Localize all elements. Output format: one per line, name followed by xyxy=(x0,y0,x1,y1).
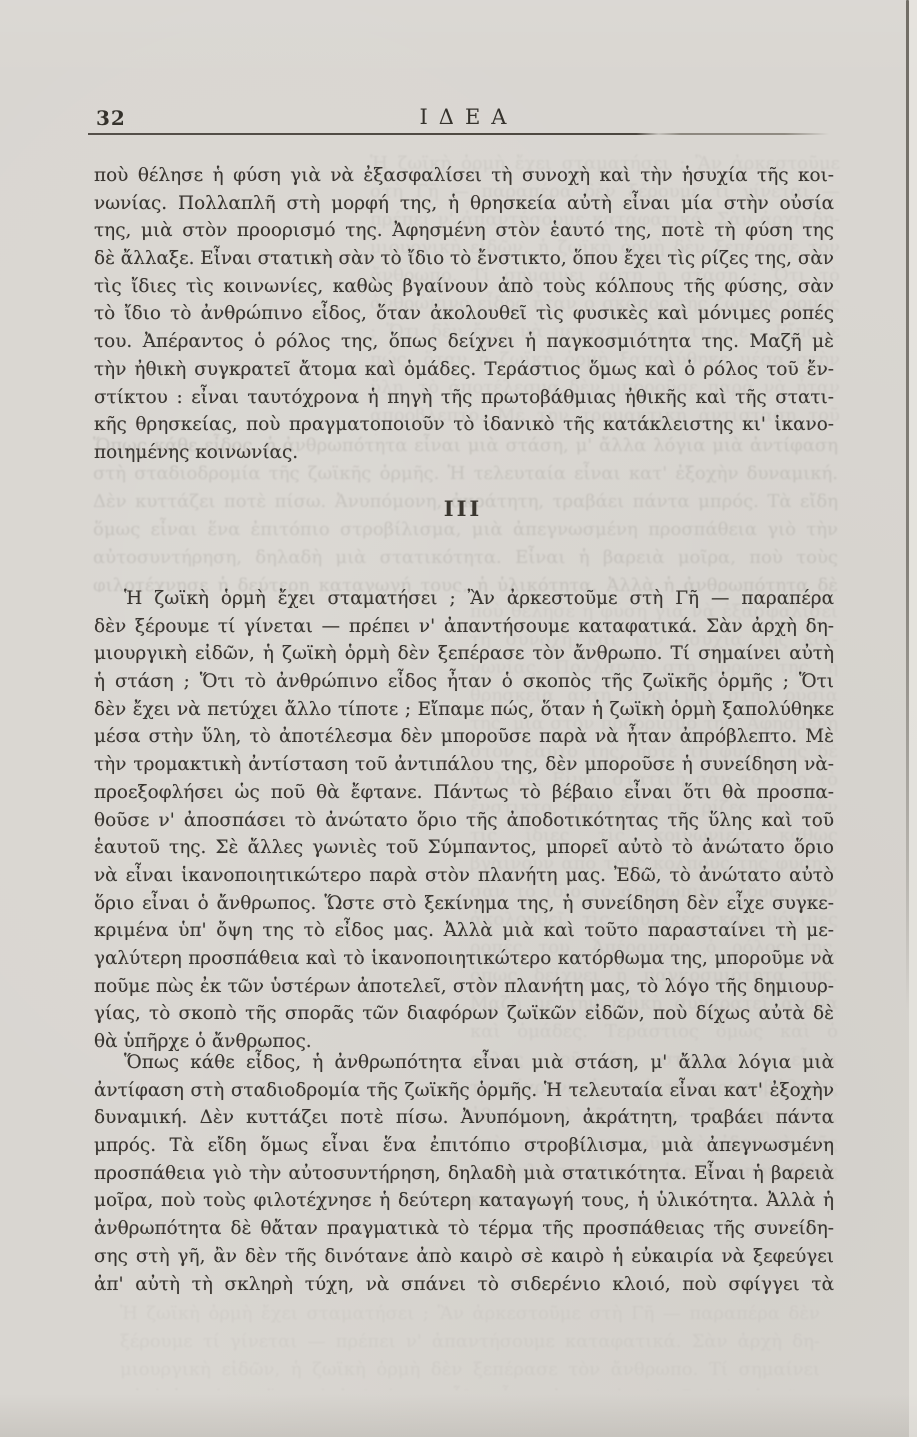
paragraph: Ἡ ζωϊκὴ ὁρμὴ ἔχει σταματήσει ; Ἂν ἀρκεστ… xyxy=(94,585,834,1056)
text-line: μέσα στὴν ὕλη, τὸ ἀποτέλεσμα δὲν μποροῦσ… xyxy=(94,723,834,751)
text-line: ἀνθρωπότητα δὲ θἄταν πραγματικὰ τὸ τέρμα… xyxy=(94,1215,834,1243)
text-line: ποιημένης κοινωνίας. xyxy=(94,439,834,467)
text-line: μιουργικὴ εἰδῶν, ἡ ζωϊκὴ ὁρμὴ δὲν ξεπέρα… xyxy=(94,640,834,668)
text-line: Ἡ ζωϊκὴ ὁρμὴ ἔχει σταματήσει ; Ἂν ἀρκεστ… xyxy=(94,585,834,613)
text-line: ἀπ' αὐτὴ τὴ σκληρὴ τύχη, νὰ σπάνει τὸ σι… xyxy=(94,1271,834,1299)
text-line: του. Ἀπέραντος ὁ ρόλος της, ὅπως δείχνει… xyxy=(94,328,834,356)
text-line: ἡ στάση ; Ὅτι τὸ ἀνθρώπινο εἶδος ἦταν ὁ … xyxy=(94,668,834,696)
text-line: κῆς θρησκείας, ποὺ πραγματοποιοῦν τὸ ἰδα… xyxy=(94,411,834,439)
text-line: Ὅπως κάθε εἶδος, ἡ ἀνθρωπότητα εἶναι μιὰ… xyxy=(94,1049,834,1077)
text-line: δὲν ξέρουμε τί γίνεται — πρέπει ν' ἀπαντ… xyxy=(94,613,834,641)
text-line: ποῦμε πὼς ἐκ τῶν ὑστέρων ἀποτελεῖ, στὸν … xyxy=(94,973,834,1001)
section-heading: III xyxy=(93,496,833,521)
text-line: θοῦσε ν' ἀποσπάσει τὸ ἀνώτατο ὅριο τῆς ἀ… xyxy=(94,807,834,835)
text-line: γαλύτερη προσπάθεια καὶ τὸ ἱκανοποιητικώ… xyxy=(94,945,834,973)
text-line: της, μιὰ στὸν προορισμό της. Ἀφησμένη στ… xyxy=(94,217,834,245)
running-header-title: ΙΔΕΑ xyxy=(93,105,833,129)
text-line: δυναμική. Δὲν κυττάζει ποτὲ πίσω. Ἀνυπόμ… xyxy=(94,1104,834,1132)
text-line: στίκτου : εἶναι ταυτόχρονα ἡ πηγὴ τῆς πρ… xyxy=(94,384,834,412)
scan-edge-strip xyxy=(909,0,917,1437)
text-line: ὅριο εἶναι ὁ ἄνθρωπος. Ὥστε στὸ ξεκίνημα… xyxy=(94,890,834,918)
text-line: δὲν ἔχει νὰ πετύχει ἄλλο τίποτε ; Εἴπαμε… xyxy=(94,696,834,724)
text-line: μοῖρα, ποὺ τοὺς φιλοτέχνησε ἡ δεύτερη κα… xyxy=(94,1187,834,1215)
text-line: ἑαυτοῦ της. Σὲ ἄλλες γωνιὲς τοῦ Σύμπαντο… xyxy=(94,834,834,862)
text-line: ποὺ θέλησε ἡ φύση γιὰ νὰ ἐξασφαλίσει τὴ … xyxy=(94,162,834,190)
text-line: σης στὴ γῆ, ἂν δὲν τῆς δινότανε ἀπὸ καιρ… xyxy=(94,1243,834,1271)
text-line: τὴν ἠθικὴ συγκρατεῖ ἄτομα καὶ ὁμάδες. Τε… xyxy=(94,356,834,384)
text-line: κριμένα ὑπ' ὄψη της τὸ εἶδος μας. Ἀλλὰ μ… xyxy=(94,917,834,945)
text-line: νωνίας. Πολλαπλῆ στὴ μορφή της, ἡ θρησκε… xyxy=(94,190,834,218)
bleed-through-text: Ἡ ζωϊκὴ ὁρμὴ ἔχει σταματήσει ; Ἂν ἀρκεστ… xyxy=(120,1300,820,1390)
text-line: τὴν τρομακτικὴ ἀντίσταση τοῦ ἀντιπάλου τ… xyxy=(94,751,834,779)
text-line: προσπάθεια γιὸ τὴν αὐτοσυντήρηση, δηλαδὴ… xyxy=(94,1160,834,1188)
text-line: τὸ ἴδιο τὸ ἀνθρώπινο εἶδος, ὅταν ἀκολουθ… xyxy=(94,300,834,328)
text-line: τὶς ἴδιες τὶς κοινωνίες, καθὼς βγαίνουν … xyxy=(94,273,834,301)
text-line: γίας, τὸ σκοπὸ τῆς σπορᾶς τῶν διαφόρων ζ… xyxy=(94,1000,834,1028)
text-line: δὲ ἄλλαξε. Εἶναι στατικὴ σὰν τὸ ἴδιο τὸ … xyxy=(94,245,834,273)
header-rule xyxy=(88,133,829,135)
paragraph: ποὺ θέλησε ἡ φύση γιὰ νὰ ἐξασφαλίσει τὴ … xyxy=(94,162,834,467)
scanned-book-page: Ἡ ζωϊκὴ ὁρμὴ ἔχει σταματήσει ; Ἂν ἀρκεστ… xyxy=(0,0,917,1437)
text-line: προεξοφλήσει ὡς ποῦ θὰ ἔφτανε. Πάντως τὸ… xyxy=(94,779,834,807)
paragraph: Ὅπως κάθε εἶδος, ἡ ἀνθρωπότητα εἶναι μιὰ… xyxy=(94,1049,834,1298)
text-line: νὰ εἶναι ἱκανοποιητικώτερο παρὰ στὸν πλα… xyxy=(94,862,834,890)
text-line: μπρός. Τὰ εἴδη ὅμως εἶναι ἕνα ἐπιτόπιο σ… xyxy=(94,1132,834,1160)
scan-edge-line xyxy=(906,0,909,1010)
text-line: ἀντίφαση στὴ σταδιοδρομία τῆς ζωϊκῆς ὁρμ… xyxy=(94,1077,834,1105)
